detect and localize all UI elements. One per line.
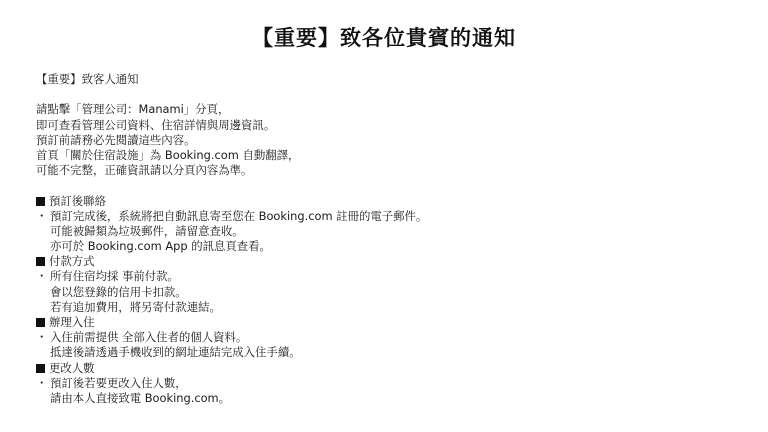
square-bullet-icon [36,318,45,327]
square-bullet-icon [36,364,45,373]
dot-bullet-icon: ・ [36,269,50,284]
section-continuation: 若有追加費用，將另寄付款連結。 [36,300,427,315]
intro-line: 可能不完整，正確資訊請以分頁內容為準。 [36,163,427,178]
square-bullet-icon [36,197,45,206]
section-bullet: ・預訂完成後，系統將把自動訊息寄至您在 Booking.com 註冊的電子郵件。 [36,209,427,224]
section-continuation: 請由本人直接致電 Booking.com。 [36,391,427,406]
section-heading-guest-count: 更改人數 [36,361,427,376]
intro-line: 首頁「關於住宿設施」為 Booking.com 自動翻譯， [36,148,427,163]
section-heading-contact: 預訂後聯絡 [36,194,427,209]
notice-subtitle: 【重要】致客人通知 [36,72,427,87]
page-title: 【重要】致各位貴賓的通知 [0,22,768,52]
section-continuation: 會以您登錄的信用卡扣款。 [36,285,427,300]
section-bullet: ・入住前需提供 全部入住者的個人資料。 [36,330,427,345]
section-heading-payment: 付款方式 [36,254,427,269]
section-continuation: 亦可於 Booking.com App 的訊息頁查看。 [36,239,427,254]
square-bullet-icon [36,257,45,266]
section-bullet: ・預訂後若要更改入住人數， [36,376,427,391]
notice-body: 【重要】致客人通知 請點擊「管理公司：Manami」分頁， 即可查看管理公司資料… [36,72,427,406]
section-continuation: 抵達後請透過手機收到的網址連結完成入住手續。 [36,345,427,360]
intro-line: 即可查看管理公司資料、住宿詳情與周邊資訊。 [36,118,427,133]
dot-bullet-icon: ・ [36,330,50,345]
intro-line: 預訂前請務必先閱讀這些內容。 [36,133,427,148]
section-bullet: ・所有住宿均採 事前付款。 [36,269,427,284]
section-continuation: 可能被歸類為垃圾郵件，請留意查收。 [36,224,427,239]
intro-line: 請點擊「管理公司：Manami」分頁， [36,102,427,117]
section-heading-checkin: 辦理入住 [36,315,427,330]
dot-bullet-icon: ・ [36,376,50,391]
dot-bullet-icon: ・ [36,209,50,224]
